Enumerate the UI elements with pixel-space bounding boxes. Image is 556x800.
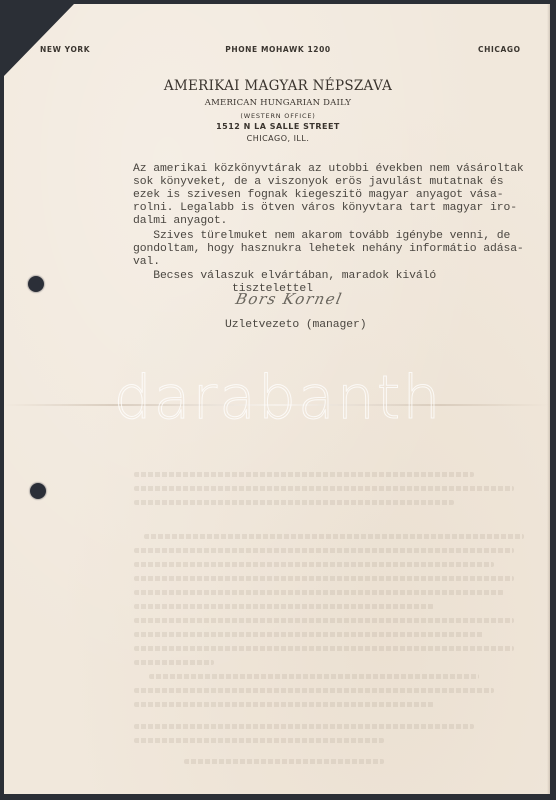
bleed-through-line xyxy=(134,548,514,553)
bleed-through-line xyxy=(134,702,434,707)
bleed-through-line xyxy=(134,562,494,567)
punch-hole xyxy=(28,276,44,292)
bleed-through-line xyxy=(134,604,434,609)
bleed-through-line xyxy=(134,590,504,595)
paragraph-2-line: Szives türelmuket nem akarom tovább igén… xyxy=(133,230,510,243)
bleed-through-line xyxy=(134,660,214,665)
bleed-through-line xyxy=(134,724,474,729)
bleed-through-line xyxy=(134,646,514,651)
paragraph-2-line: gondoltam, hogy hasznukra lehetek nehány… xyxy=(133,243,524,256)
paragraph-1-line: Az amerikai közkönyvtárak az utobbi évek… xyxy=(133,163,524,176)
punch-hole xyxy=(30,483,46,499)
bleed-through-line xyxy=(134,618,514,623)
bleed-through-line xyxy=(134,500,454,505)
handwritten-signature: Bors Kornel xyxy=(234,290,344,308)
closing-line: Becses válaszuk elvártában, maradok kivá… xyxy=(133,270,436,283)
bleed-through-line xyxy=(134,486,514,491)
signer-title: Uzletvezeto (manager) xyxy=(225,319,366,332)
paragraph-1-line: rolni. Legalabb is ötven város könyvtara… xyxy=(133,202,517,215)
letterhead-right-city: CHICAGO xyxy=(478,45,521,54)
bleed-through-line xyxy=(134,738,384,743)
watermark: darabanth xyxy=(0,363,556,433)
letterhead-phone: PHONE MOHAWK 1200 xyxy=(0,45,556,54)
paragraph-2-line: val. xyxy=(133,256,160,269)
bleed-through-line xyxy=(184,759,384,764)
city-address: CHICAGO, ILL. xyxy=(0,134,556,143)
newspaper-title: AMERIKAI MAGYAR NÉPSZAVA xyxy=(0,78,556,94)
street-address: 1512 N LA SALLE STREET xyxy=(0,122,556,131)
bleed-through-line xyxy=(134,576,514,581)
bleed-through-line xyxy=(149,674,479,679)
paragraph-1-line: sok könyveket, de a viszonyok erös javul… xyxy=(133,176,503,189)
paragraph-1-line: dalmi anyagot. xyxy=(133,215,227,228)
bleed-through-line xyxy=(134,688,494,693)
scan-background: NEW YORK PHONE MOHAWK 1200 CHICAGO AMERI… xyxy=(0,0,556,800)
office-label: (WESTERN OFFICE) xyxy=(0,112,556,120)
newspaper-subtitle: AMERICAN HUNGARIAN DAILY xyxy=(0,98,556,108)
bleed-through-line xyxy=(134,472,474,477)
bleed-through-line xyxy=(134,632,484,637)
paragraph-1-line: ezek is szivesen fognak kiegeszitö magya… xyxy=(133,189,503,202)
bleed-through-line xyxy=(144,534,524,539)
